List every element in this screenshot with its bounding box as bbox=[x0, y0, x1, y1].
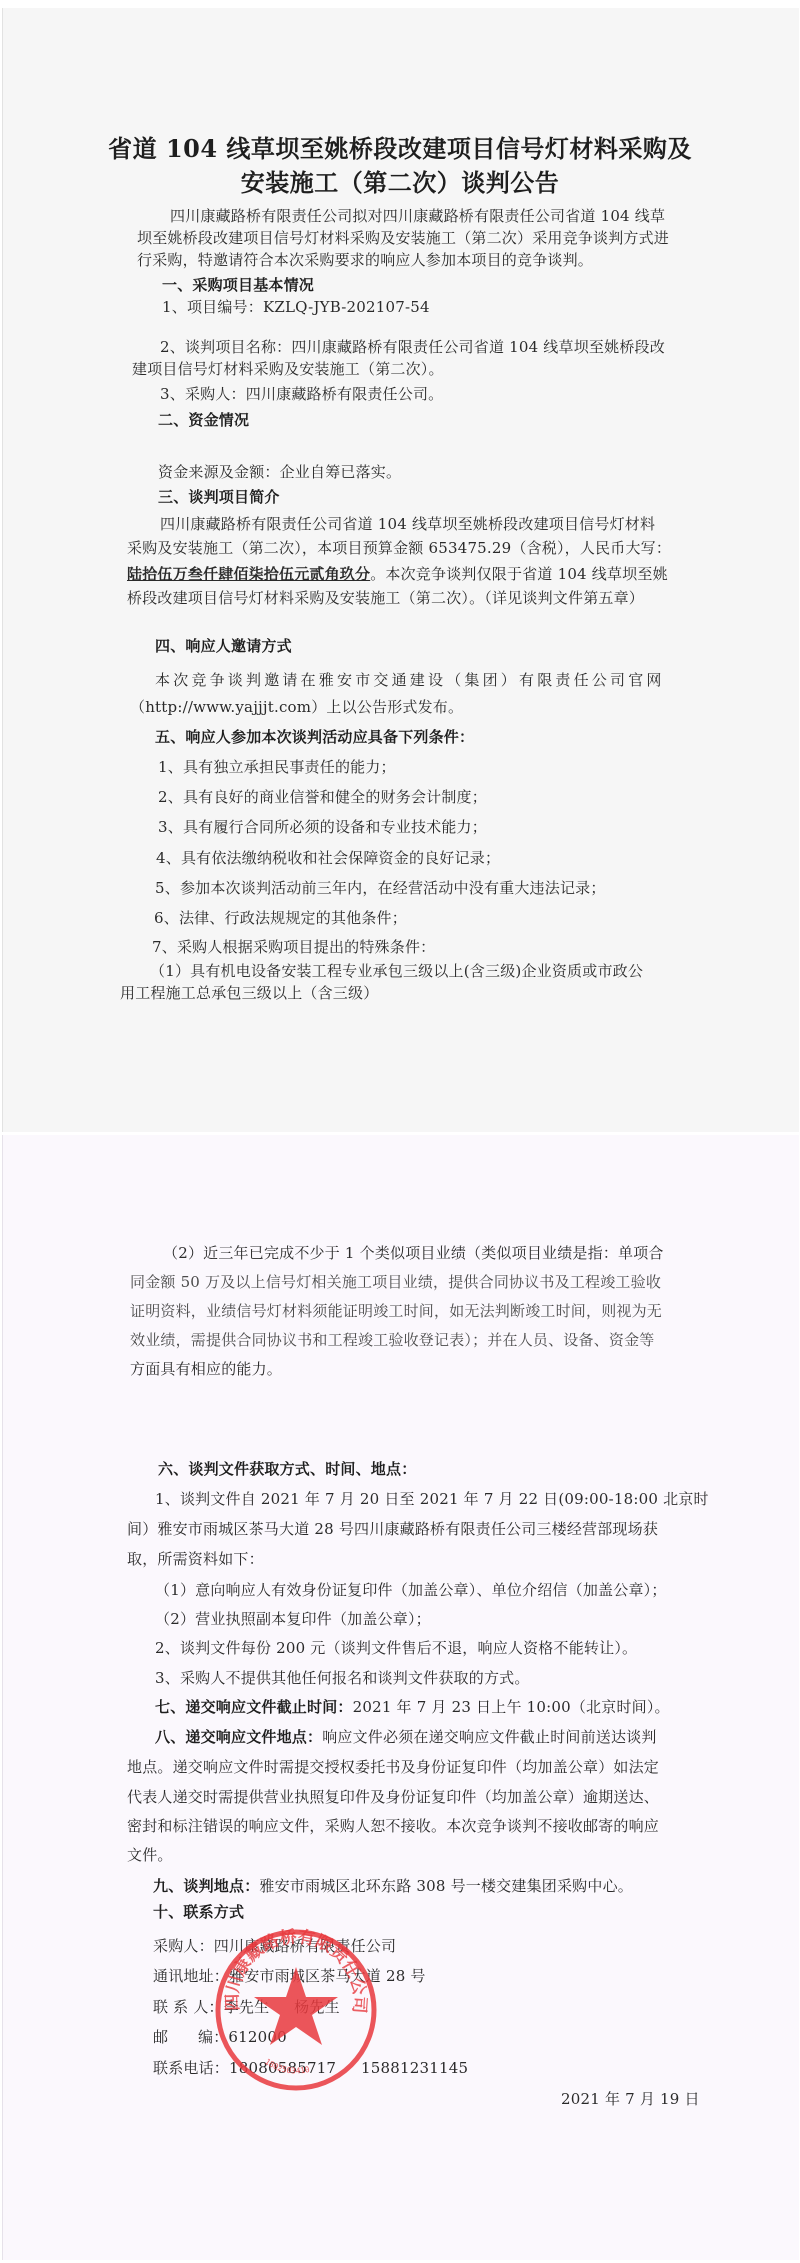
condition-3: 3、具有履行合同所必须的设备和专业技术能力； bbox=[158, 817, 487, 837]
condition-6: 6、法律、行政法规规定的其他条件； bbox=[154, 908, 407, 928]
section-7-line: 七、递交响应文件截止时间：2021 年 7 月 23 日上午 10:00（北京时… bbox=[155, 1697, 670, 1717]
document-date: 2021 年 7 月 19 日 bbox=[561, 2089, 700, 2109]
project-name-line-1: 2、谈判项目名称：四川康藏路桥有限责任公司省道 104 线草坝至姚桥段改 bbox=[160, 337, 665, 357]
section-8-line-3: 代表人递交时需提供营业执照复印件及身份证复印件（均加盖公章）逾期送达、 bbox=[127, 1787, 659, 1807]
special-condition-1-line-2: 用工程施工总承包三级以上（含三级） bbox=[120, 983, 378, 1003]
document-acquisition-line-1: 1、谈判文件自 2021 年 7 月 20 日至 2021 年 7 月 22 日… bbox=[155, 1489, 709, 1509]
section-8-line-5: 文件。 bbox=[127, 1845, 173, 1865]
document-title-line-1: 省道 104 线草坝至姚桥段改建项目信号灯材料采购及 bbox=[0, 134, 800, 164]
invitation-line-2: （http://www.yajjjt.com）上以公告形式发布。 bbox=[130, 697, 463, 717]
document-acquisition-line-3: 取，所需资料如下： bbox=[127, 1549, 264, 1569]
purchaser-line: 3、采购人：四川康藏路桥有限责任公司。 bbox=[160, 384, 443, 404]
condition-4: 4、具有依法缴纳税收和社会保障资金的良好记录； bbox=[156, 848, 500, 868]
invitation-line-1: 本次竞争谈判邀请在雅安市交通建设（集团）有限责任公司官网 bbox=[155, 670, 665, 690]
company-seal-stamp-icon: 四川康藏路桥有限责任公司 1802503410 bbox=[213, 1927, 379, 2093]
negotiation-location: 雅安市雨城区北环东路 308 号一楼交建集团采购中心。 bbox=[259, 1877, 633, 1895]
svg-text:1802503410: 1802503410 bbox=[263, 2057, 311, 2076]
condition-2: 2、具有良好的商业信誉和健全的财务会计制度； bbox=[158, 787, 487, 807]
condition-5: 5、参加本次谈判活动前三年内，在经营活动中没有重大违法记录； bbox=[155, 878, 606, 898]
section-9-line: 九、谈判地点：雅安市雨城区北环东路 308 号一楼交建集团采购中心。 bbox=[153, 1876, 633, 1896]
intro-line-3: 行采购，特邀请符合本次采购要求的响应人参加本项目的竞争谈判。 bbox=[137, 250, 593, 270]
project-brief-line-1: 四川康藏路桥有限责任公司省道 104 线草坝至姚桥段改建项目信号灯材料 bbox=[160, 514, 655, 534]
section-5-heading: 五、响应人参加本次谈判活动应具备下列条件： bbox=[155, 727, 474, 747]
intro-line-1: 四川康藏路桥有限责任公司拟对四川康藏路桥有限责任公司省道 104 线草 bbox=[170, 206, 665, 226]
project-brief-line-3: 陆拾伍万叁仟肆佰柒拾伍元贰角玖分。本次竞争谈判仅限于省道 104 线草坝至姚 bbox=[127, 564, 668, 584]
section-8-line-4: 密封和标注错误的响应文件，采购人恕不接收。本次竞争谈判不接收邮寄的响应 bbox=[127, 1816, 659, 1836]
special-condition-2-line-1: （2）近三年已完成不少于 1 个类似项目业绩（类似项目业绩是指：单项合 bbox=[163, 1243, 664, 1263]
special-condition-2-line-2: 同金额 50 万及以上信号灯相关施工项目业绩，提供合同协议书及工程竣工验收 bbox=[130, 1272, 661, 1292]
section-6-heading: 六、谈判文件获取方式、时间、地点： bbox=[158, 1459, 416, 1479]
section-3-heading: 三、谈判项目简介 bbox=[158, 487, 280, 507]
condition-1: 1、具有独立承担民事责任的能力； bbox=[158, 757, 396, 777]
document-fee: 2、谈判文件每份 200 元（谈判文件售后不退，响应人资格不能转让）。 bbox=[155, 1638, 637, 1658]
section-10-heading: 十、联系方式 bbox=[153, 1902, 244, 1922]
special-condition-2-line-5: 方面具有相应的能力。 bbox=[130, 1359, 282, 1379]
intro-line-2: 坝至姚桥段改建项目信号灯材料采购及安装施工（第二次）采用竞争谈判方式进 bbox=[137, 228, 669, 248]
no-other-method: 3、采购人不提供其他任何报名和谈判文件获取的方式。 bbox=[155, 1668, 530, 1688]
section-4-heading: 四、响应人邀请方式 bbox=[155, 636, 292, 656]
funding-text: 资金来源及金额：企业自筹已落实。 bbox=[158, 462, 401, 482]
document-title-line-2: 安装施工（第二次）谈判公告 bbox=[0, 168, 800, 198]
section-7-heading: 七、递交响应文件截止时间： bbox=[155, 1698, 353, 1716]
special-condition-2-line-3: 证明资料，业绩信号灯材料须能证明竣工时间，如无法判断竣工时间，则视为无 bbox=[130, 1301, 662, 1321]
submission-deadline: 2021 年 7 月 23 日上午 10:00（北京时间）。 bbox=[353, 1698, 670, 1716]
section-8-heading: 八、递交响应文件地点： bbox=[155, 1728, 322, 1746]
special-condition-2-line-4: 效业绩，需提供合同协议书和工程竣工验收登记表）；并在人员、设备、资金等 bbox=[130, 1330, 655, 1350]
condition-7: 7、采购人根据采购项目提出的特殊条件： bbox=[152, 937, 435, 957]
budget-amount-in-words: 陆拾伍万叁仟肆佰柒拾伍元贰角玖分 bbox=[127, 565, 370, 583]
project-number: 1、项目编号：KZLQ-JYB-202107-54 bbox=[162, 297, 430, 317]
project-brief-line-3-rest: 。本次竞争谈判仅限于省道 104 线草坝至姚 bbox=[370, 565, 668, 583]
required-material-1: （1）意向响应人有效身份证复印件（加盖公章）、单位介绍信（加盖公章）； bbox=[155, 1580, 667, 1600]
section-8-line-1-rest: 响应文件必须在递交响应文件截止时间前送达谈判 bbox=[322, 1728, 656, 1746]
project-brief-line-2: 采购及安装施工（第二次），本项目预算金额 653475.29（含税），人民币大写… bbox=[127, 538, 671, 558]
section-2-heading: 二、资金情况 bbox=[158, 410, 249, 430]
seal-star-icon bbox=[254, 1967, 338, 2045]
section-9-heading: 九、谈判地点： bbox=[153, 1877, 259, 1895]
special-condition-1-line-1: （1）具有机电设备安装工程专业承包三级以上(含三级)企业资质或市政公 bbox=[150, 961, 643, 981]
document-acquisition-line-2: 间）雅安市雨城区茶马大道 28 号四川康藏路桥有限责任公司三楼经营部现场获 bbox=[127, 1519, 658, 1539]
required-material-2: （2）营业执照副本复印件（加盖公章）； bbox=[155, 1609, 431, 1629]
section-8-line-2: 地点。递交响应文件时需提交授权委托书及身份证复印件（均加盖公章）如法定 bbox=[127, 1757, 659, 1777]
section-8-line-1: 八、递交响应文件地点：响应文件必须在递交响应文件截止时间前送达谈判 bbox=[155, 1727, 657, 1747]
project-name-line-2: 建项目信号灯材料采购及安装施工（第二次）。 bbox=[132, 359, 444, 379]
section-1-heading: 一、采购项目基本情况 bbox=[162, 275, 314, 295]
project-brief-line-4: 桥段改建项目信号灯材料采购及安装施工（第二次）。（详见谈判文件第五章） bbox=[127, 588, 644, 608]
